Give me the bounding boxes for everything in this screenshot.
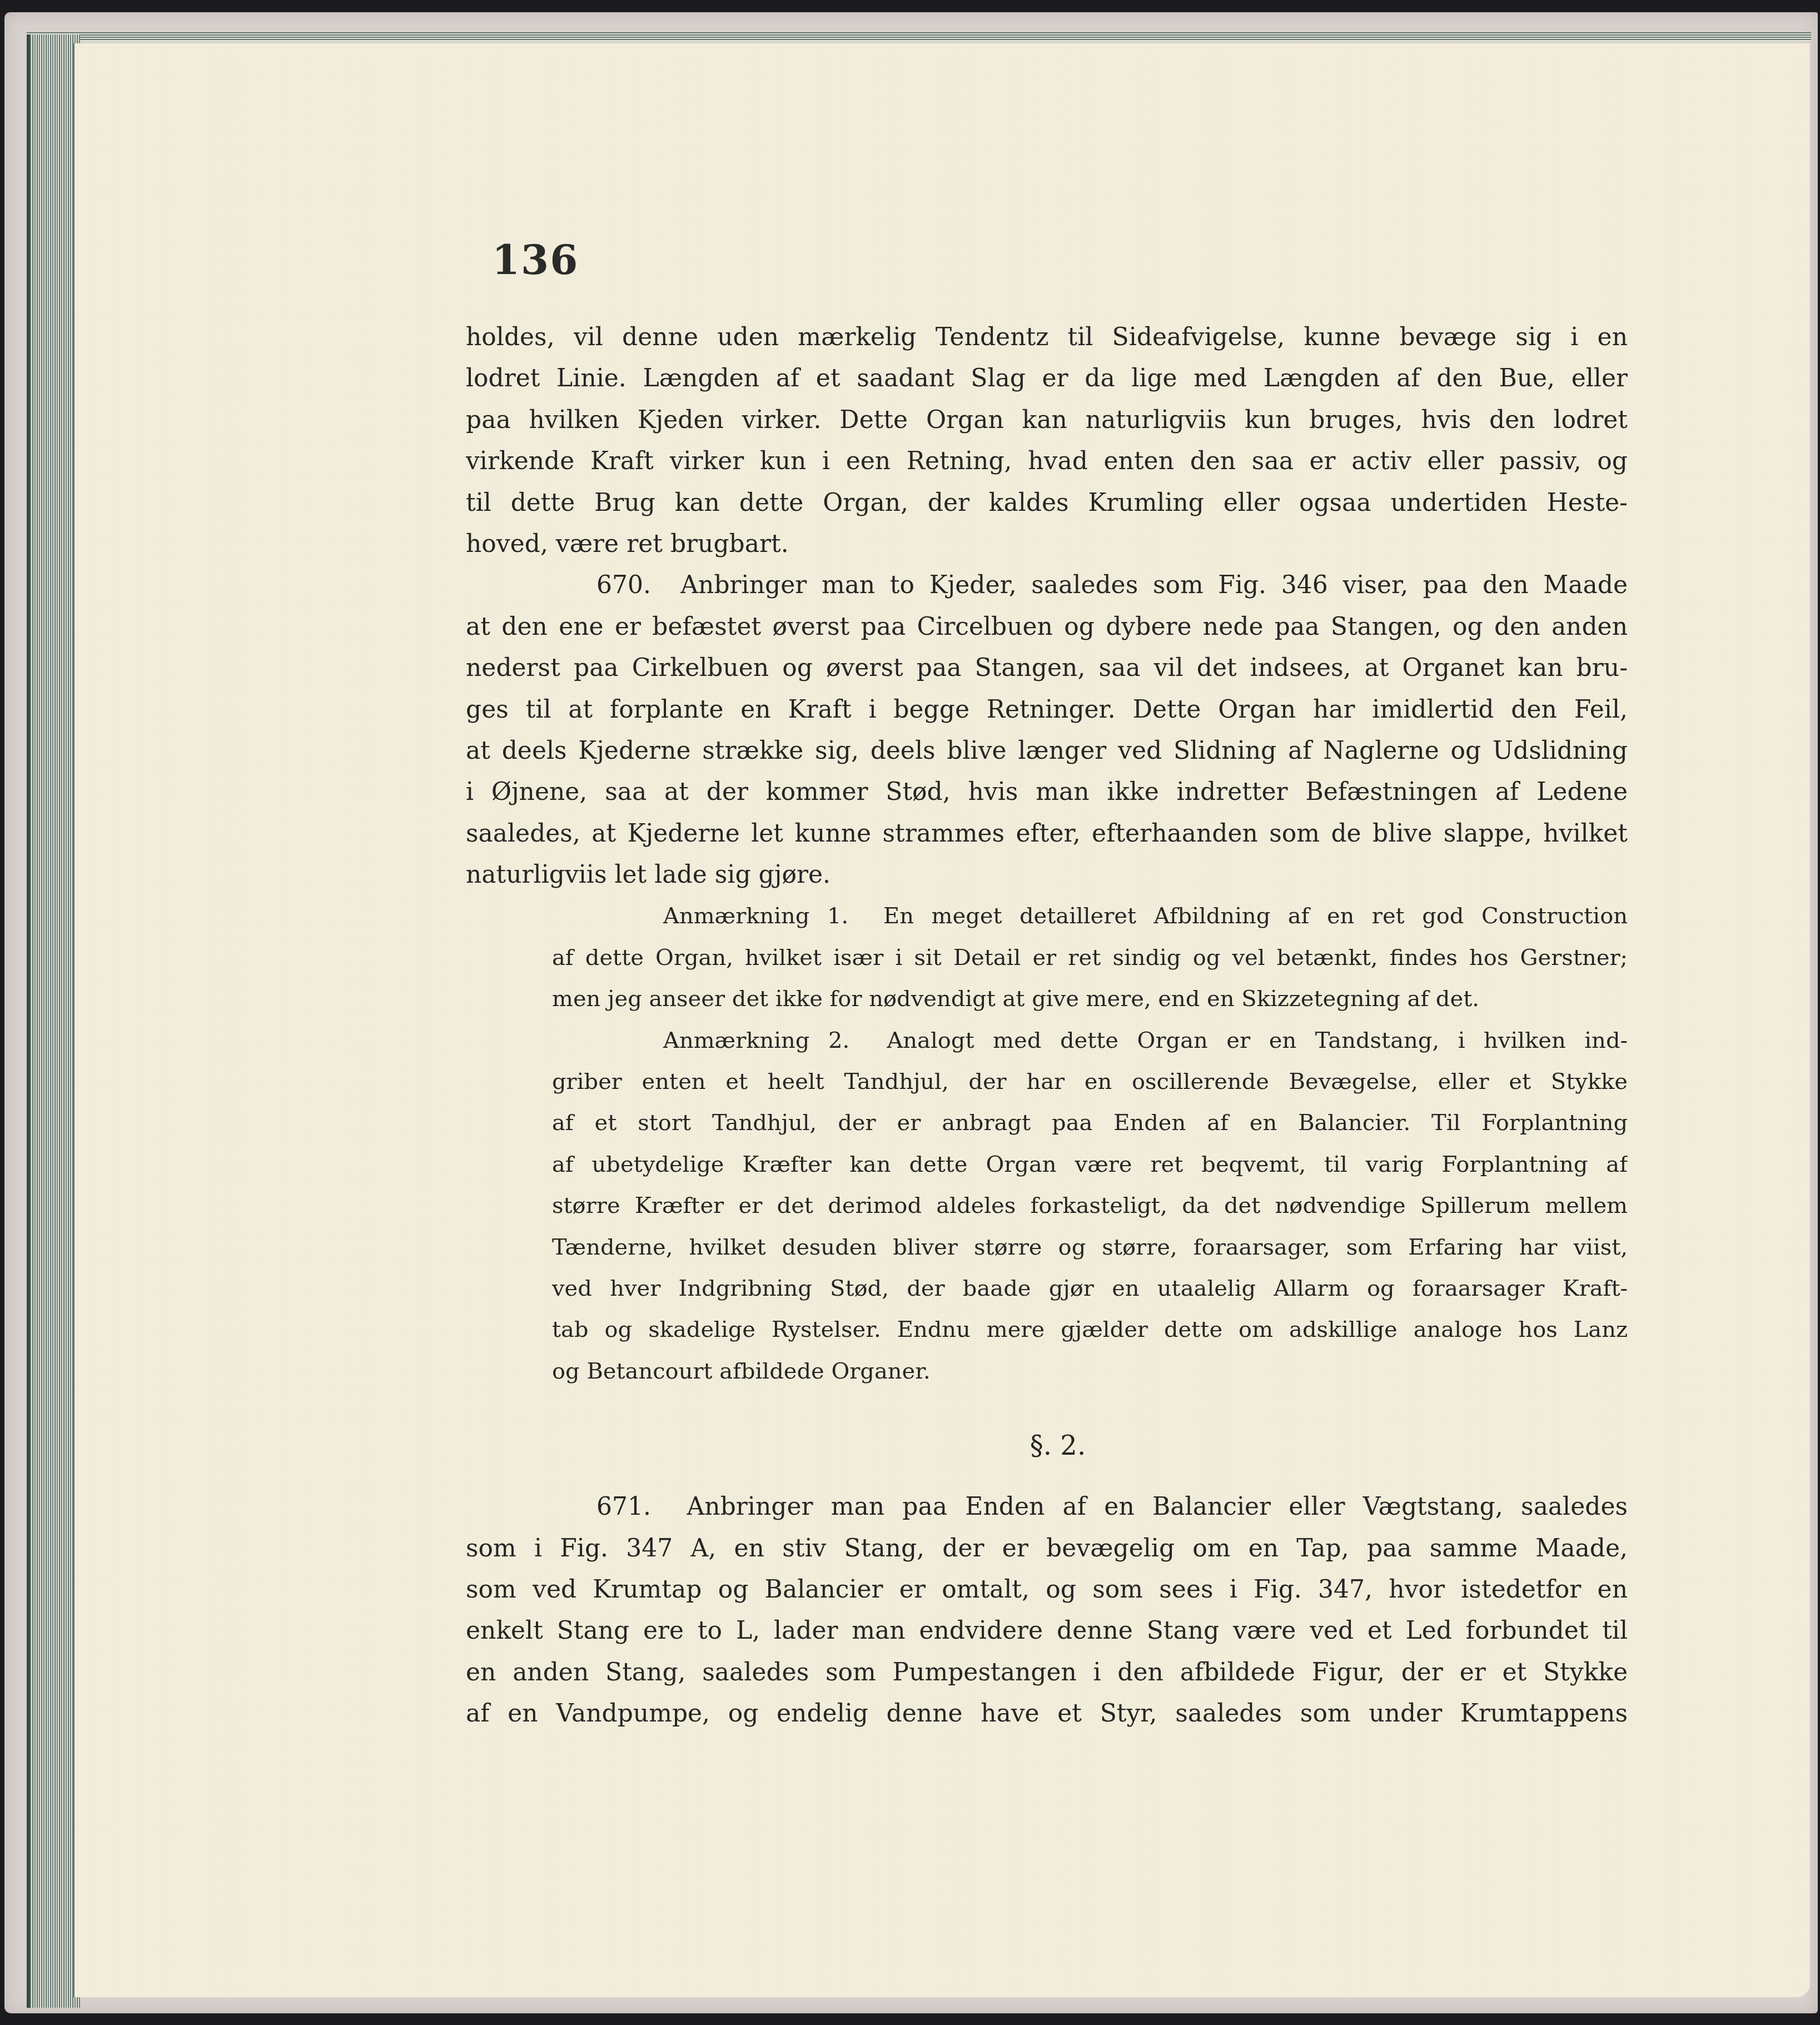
- text-line: griber enten et heelt Tandhjul, der har …: [552, 1061, 1628, 1102]
- text-line: tab og skadelige Rystelser. Endnu mere g…: [552, 1309, 1628, 1350]
- text-line: virkende Kraft virker kun i een Retning,…: [466, 441, 1628, 482]
- paragraph-continued: holdes, vil denne uden mærkelig Tendentz…: [466, 317, 1628, 565]
- text-line: ges til at forplante en Kraft i begge Re…: [466, 689, 1628, 730]
- text-line: af en Vandpumpe, og endelig denne have e…: [466, 1693, 1628, 1734]
- text-line: som ved Krumtap og Balancier er omtalt, …: [466, 1569, 1628, 1610]
- page-edges-top: [27, 32, 1811, 41]
- text-line: af et stort Tandhjul, der er anbragt paa…: [552, 1102, 1628, 1143]
- paragraph-670: 670. Anbringer man to Kjeder, saaledes s…: [466, 565, 1628, 895]
- text-line: nederst paa Cirkelbuen og øverst paa Sta…: [466, 648, 1628, 689]
- text-line: til dette Brug kan dette Organ, der kald…: [466, 482, 1628, 524]
- text-line: af dette Organ, hvilket især i sit Detai…: [552, 937, 1628, 978]
- text-line: og Betancourt afbildede Organer.: [552, 1351, 1628, 1392]
- text-line: som i Fig. 347 A, en stiv Stang, der er …: [466, 1528, 1628, 1569]
- page-number: 136: [492, 236, 579, 283]
- text-line: en anden Stang, saaledes som Pumpestange…: [466, 1652, 1628, 1693]
- text-line-content: Anbringer man paa Enden af en Balancier …: [687, 1492, 1628, 1521]
- paragraph-671: 671. Anbringer man paa Enden af en Balan…: [466, 1486, 1628, 1734]
- text-line: ved hver Indgribning Stød, der baade gjø…: [552, 1268, 1628, 1309]
- text-line: naturligviis let lade sig gjøre.: [466, 854, 1628, 895]
- text-line: at den ene er befæstet øverst paa Circel…: [466, 606, 1628, 648]
- text-line: Anmærkning 1. En meget detailleret Afbil…: [552, 895, 1628, 937]
- text-line: af ubetydelige Kræfter kan dette Organ v…: [552, 1144, 1628, 1185]
- text-line: holdes, vil denne uden mærkelig Tendentz…: [466, 317, 1628, 358]
- text-line-content: En meget detailleret Afbildning af en re…: [883, 903, 1628, 929]
- text-line: Anmærkning 2. Analogt med dette Organ er…: [552, 1020, 1628, 1061]
- text-line: i Øjnene, saa at der kommer Stød, hvis m…: [466, 772, 1628, 813]
- text-line: hoved, være ret brugbart.: [466, 524, 1628, 565]
- text-line-content: Analogt med dette Organ er en Tandstang,…: [887, 1028, 1628, 1053]
- text-line: 670. Anbringer man to Kjeder, saaledes s…: [466, 565, 1628, 606]
- note-label: Anmærkning 1.: [663, 903, 848, 929]
- paragraph-number: 670.: [596, 571, 651, 599]
- text-line: lodret Linie. Længden af et saadant Slag…: [466, 358, 1628, 399]
- text-line: men jeg anseer det ikke for nødvendigt a…: [552, 978, 1628, 1019]
- text-line: Tænderne, hvilket desuden bliver større …: [552, 1227, 1628, 1268]
- text-line: 671. Anbringer man paa Enden af en Balan…: [466, 1486, 1628, 1528]
- text-line: saaledes, at Kjederne let kunne strammes…: [466, 813, 1628, 854]
- text-line-content: Anbringer man to Kjeder, saaledes som Fi…: [680, 571, 1628, 599]
- text-line: at deels Kjederne strække sig, deels bli…: [466, 730, 1628, 772]
- note-label: Anmærkning 2.: [663, 1028, 849, 1053]
- section-heading: §. 2.: [466, 1425, 1628, 1466]
- text-line: paa hvilken Kjeden virker. Dette Organ k…: [466, 400, 1628, 441]
- page-edges-stack: [27, 34, 80, 2008]
- paragraph-number: 671.: [596, 1492, 651, 1521]
- text-line: enkelt Stang ere to L, lader man endvide…: [466, 1610, 1628, 1651]
- page-text: holdes, vil denne uden mærkelig Tendentz…: [466, 317, 1628, 1735]
- note-1: Anmærkning 1. En meget detailleret Afbil…: [552, 895, 1628, 1019]
- text-line: større Kræfter er det derimod aldeles fo…: [552, 1185, 1628, 1226]
- note-2: Anmærkning 2. Analogt med dette Organ er…: [552, 1020, 1628, 1392]
